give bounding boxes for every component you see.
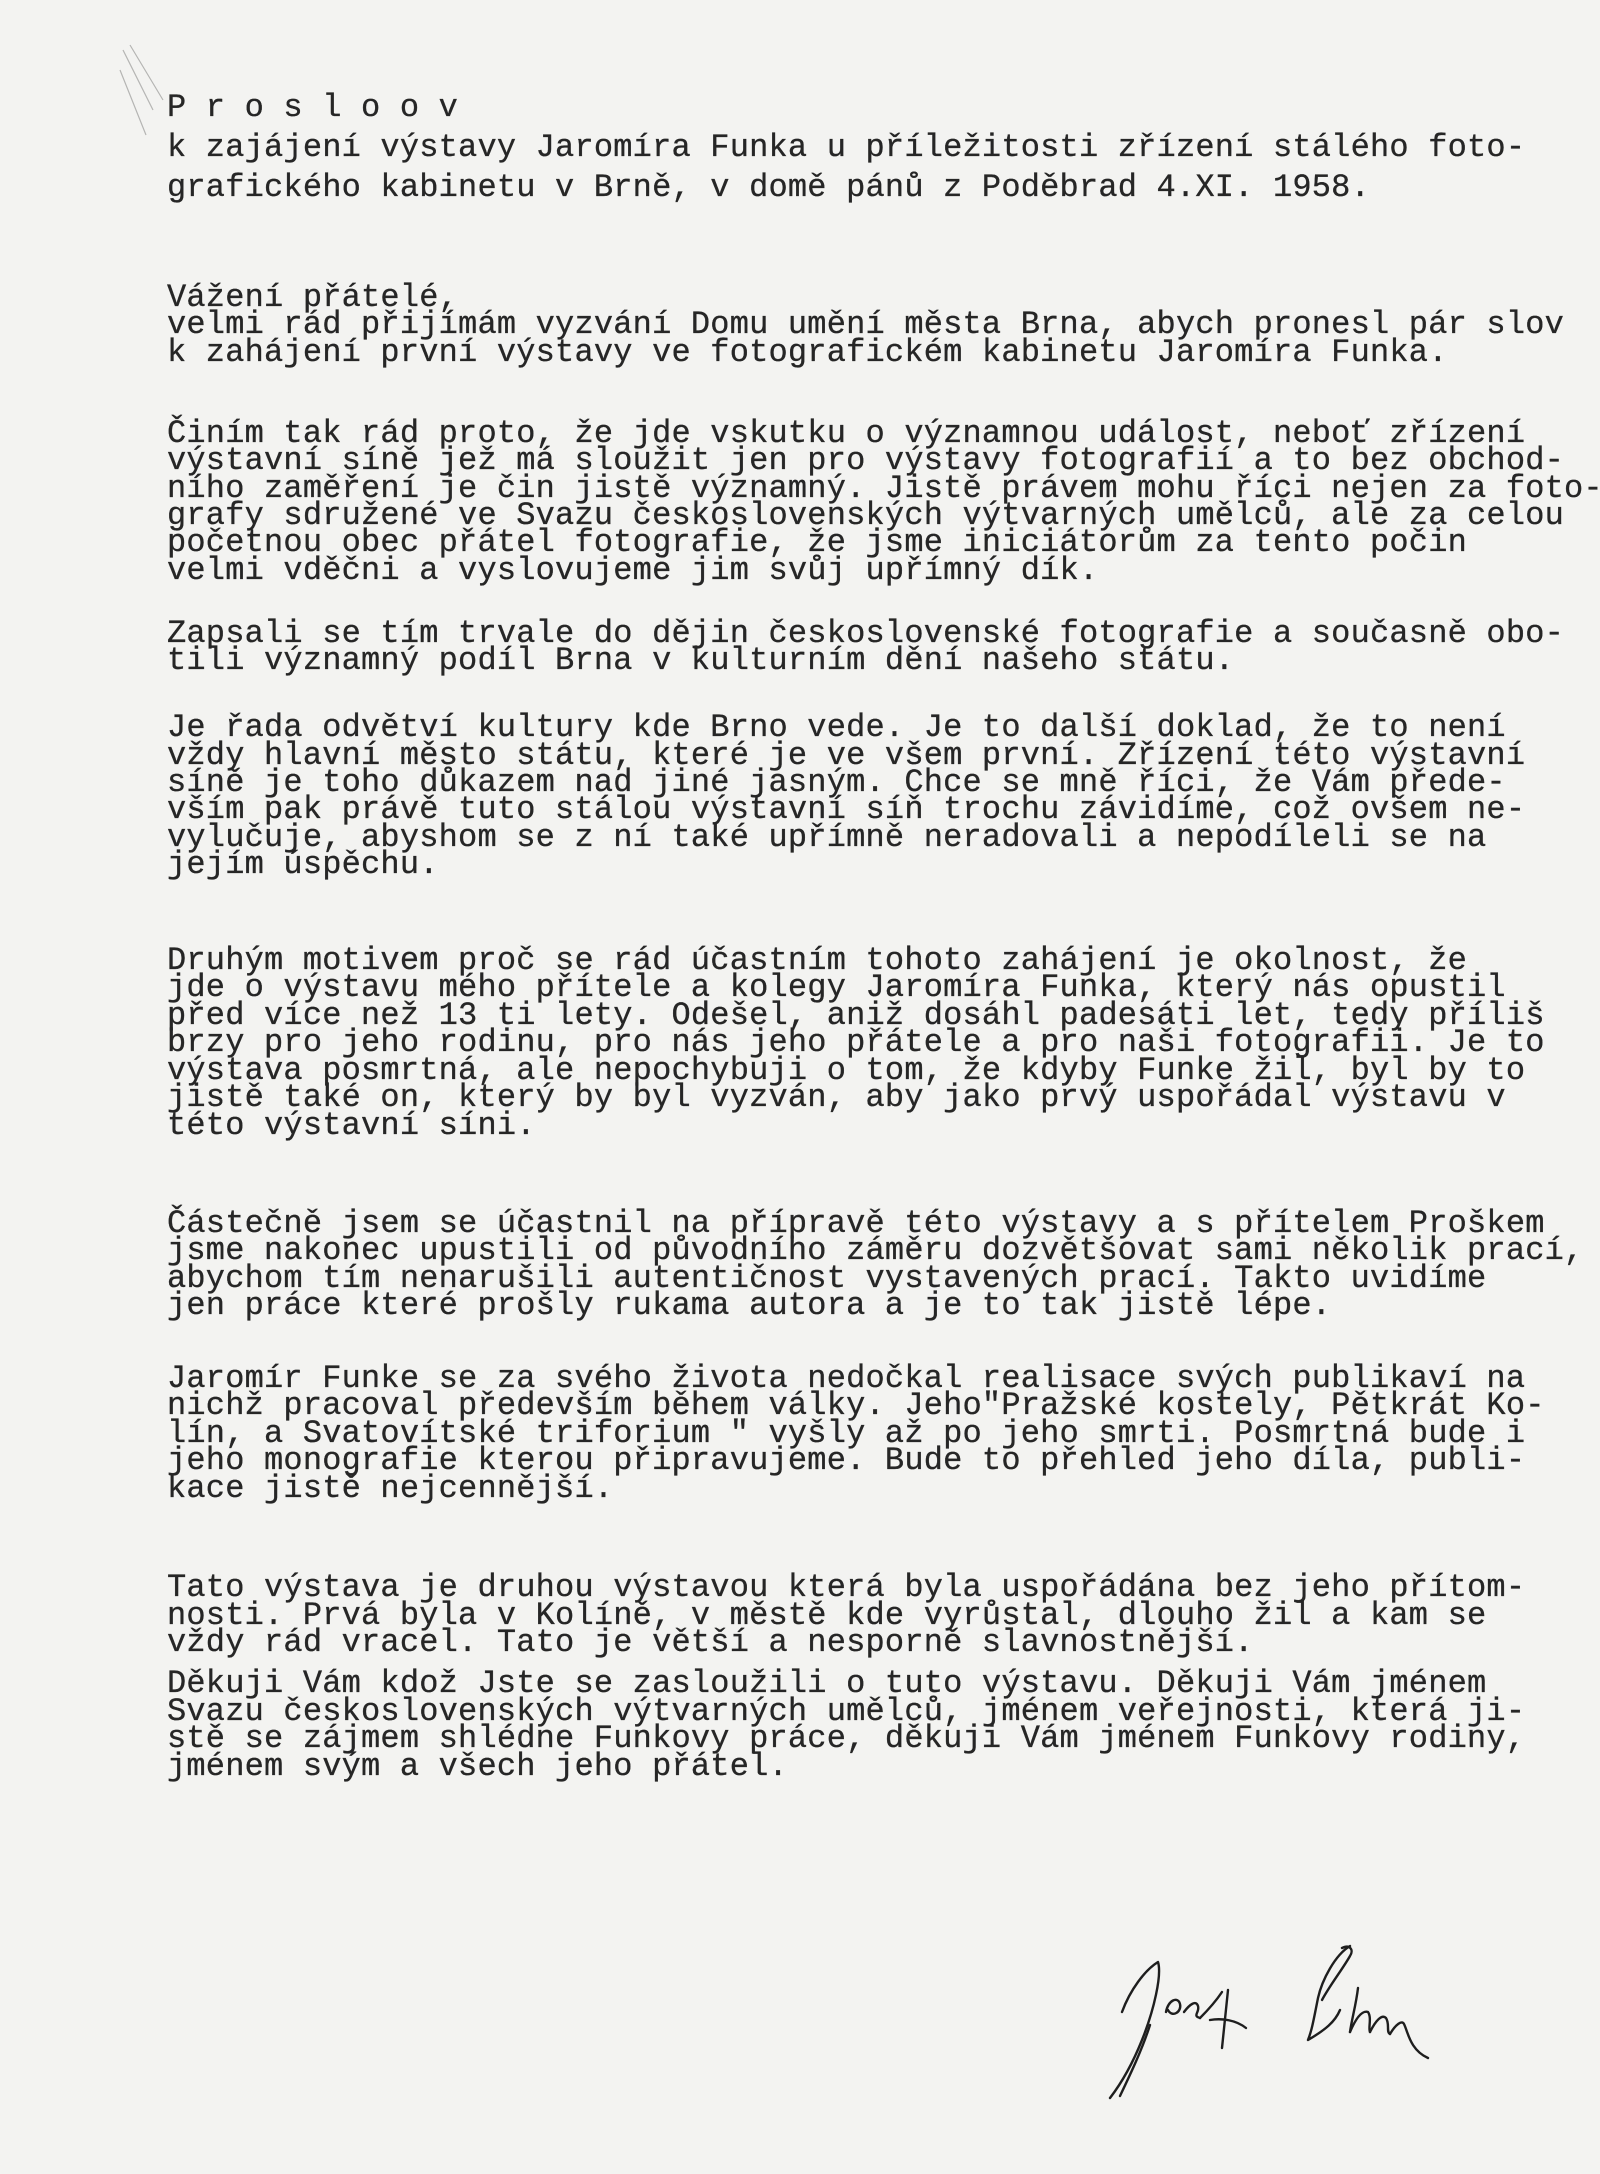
- paragraph-line: k zahájení první výstavy ve fotografické…: [167, 337, 1448, 369]
- paragraph-line: jménem svým a všech jeho přátel.: [167, 1751, 788, 1783]
- paragraph-line: tili významný podíl Brna v kulturním děn…: [167, 645, 1234, 677]
- paragraph-line: velmi vděčni a vyslovujeme jim svůj upří…: [167, 555, 1098, 587]
- paragraph-line: jen práce které prošly rukama autora a j…: [167, 1290, 1331, 1322]
- paragraph-line: kace jistě nejcennější.: [167, 1473, 613, 1505]
- paragraph-line: této výstavní síni.: [167, 1110, 536, 1142]
- document-title: P r o s l o o v: [167, 92, 458, 124]
- paragraph-line: jejím úspěchu.: [167, 849, 439, 881]
- handwritten-signature: [1050, 1900, 1450, 2100]
- subtitle-line: grafického kabinetu v Brně, v domě pánů …: [167, 172, 1370, 204]
- typewritten-page: P r o s l o o v k zajájení výstavy Jarom…: [0, 0, 1600, 2174]
- subtitle-line: k zajájení výstavy Jaromíra Funka u příl…: [167, 132, 1525, 164]
- paragraph-line: vždy rád vracel. Tato je větší a nesporn…: [167, 1627, 1254, 1659]
